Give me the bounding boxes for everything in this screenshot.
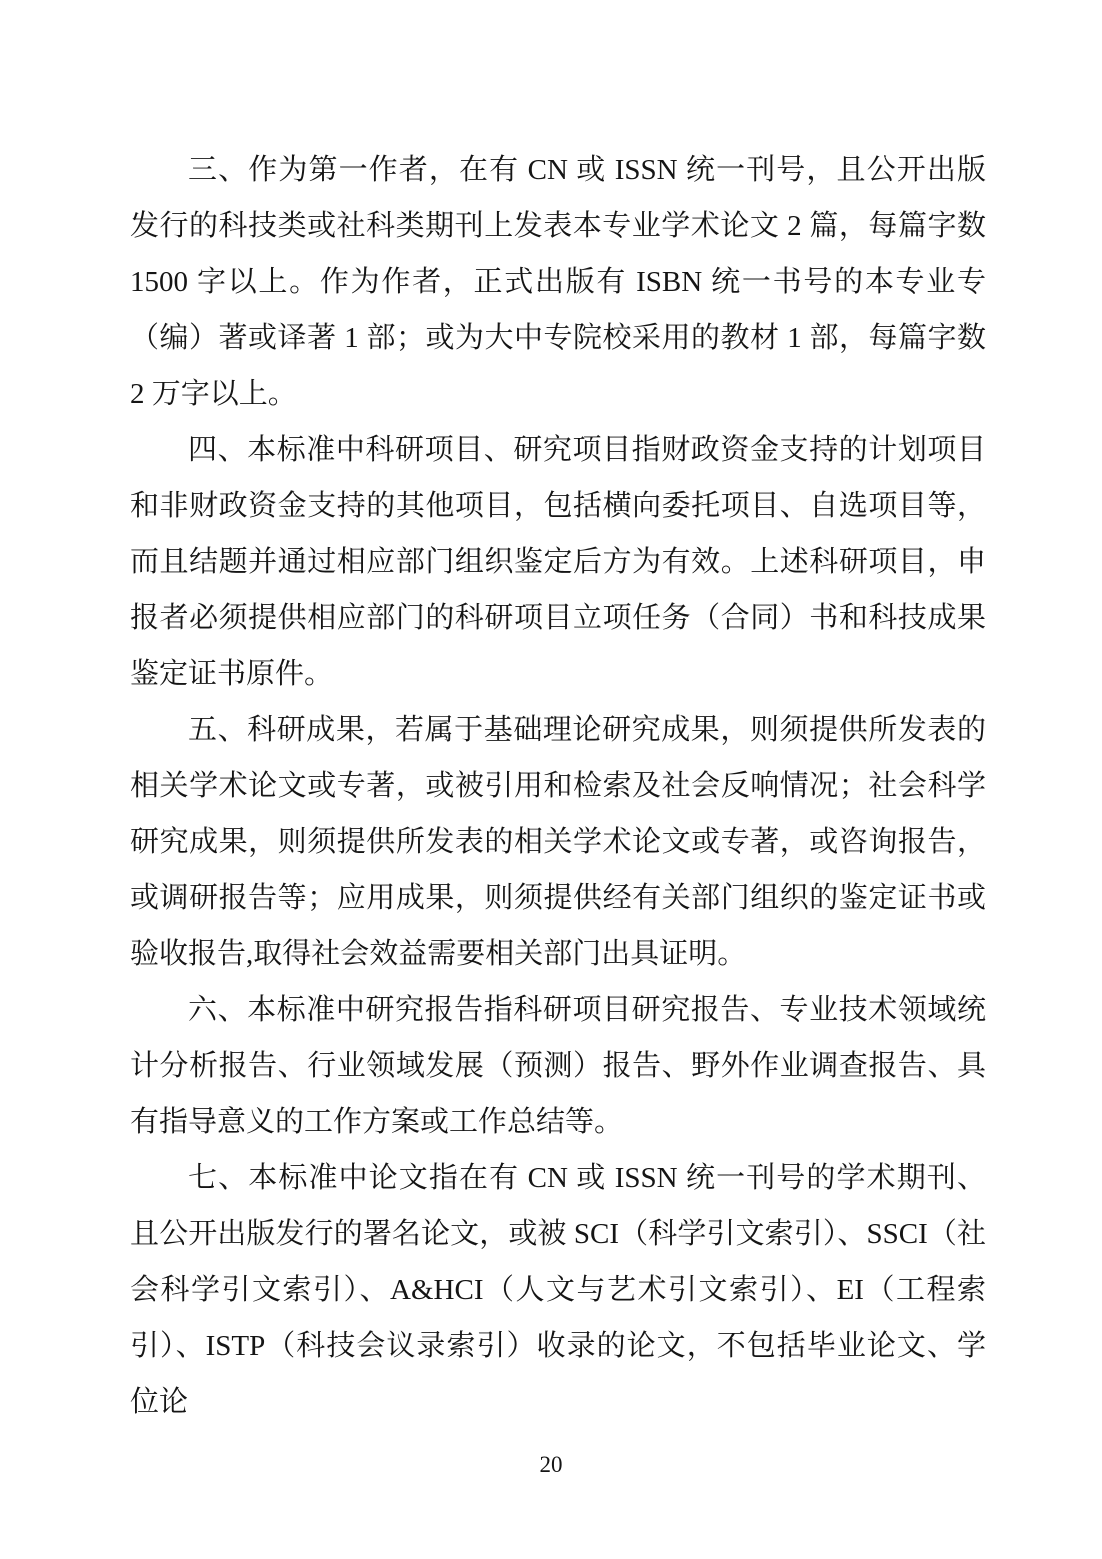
paragraph-item-3: 三、作为第一作者，在有 CN 或 ISSN 统一刊号，且公开出版发行的科技类或社… <box>130 142 986 422</box>
page-number: 20 <box>0 1452 1102 1478</box>
paragraph-item-5: 五、科研成果，若属于基础理论研究成果，则须提供所发表的相关学术论文或专著，或被引… <box>130 702 986 982</box>
paragraph-item-4: 四、本标准中科研项目、研究项目指财政资金支持的计划项目和非财政资金支持的其他项目… <box>130 422 986 702</box>
paragraph-item-6: 六、本标准中研究报告指科研项目研究报告、专业技术领域统计分析报告、行业领域发展（… <box>130 982 986 1150</box>
paragraph-item-7: 七、本标准中论文指在有 CN 或 ISSN 统一刊号的学术期刊、且公开出版发行的… <box>130 1150 986 1430</box>
document-page: 三、作为第一作者，在有 CN 或 ISSN 统一刊号，且公开出版发行的科技类或社… <box>0 0 1102 1559</box>
document-body: 三、作为第一作者，在有 CN 或 ISSN 统一刊号，且公开出版发行的科技类或社… <box>130 142 986 1430</box>
